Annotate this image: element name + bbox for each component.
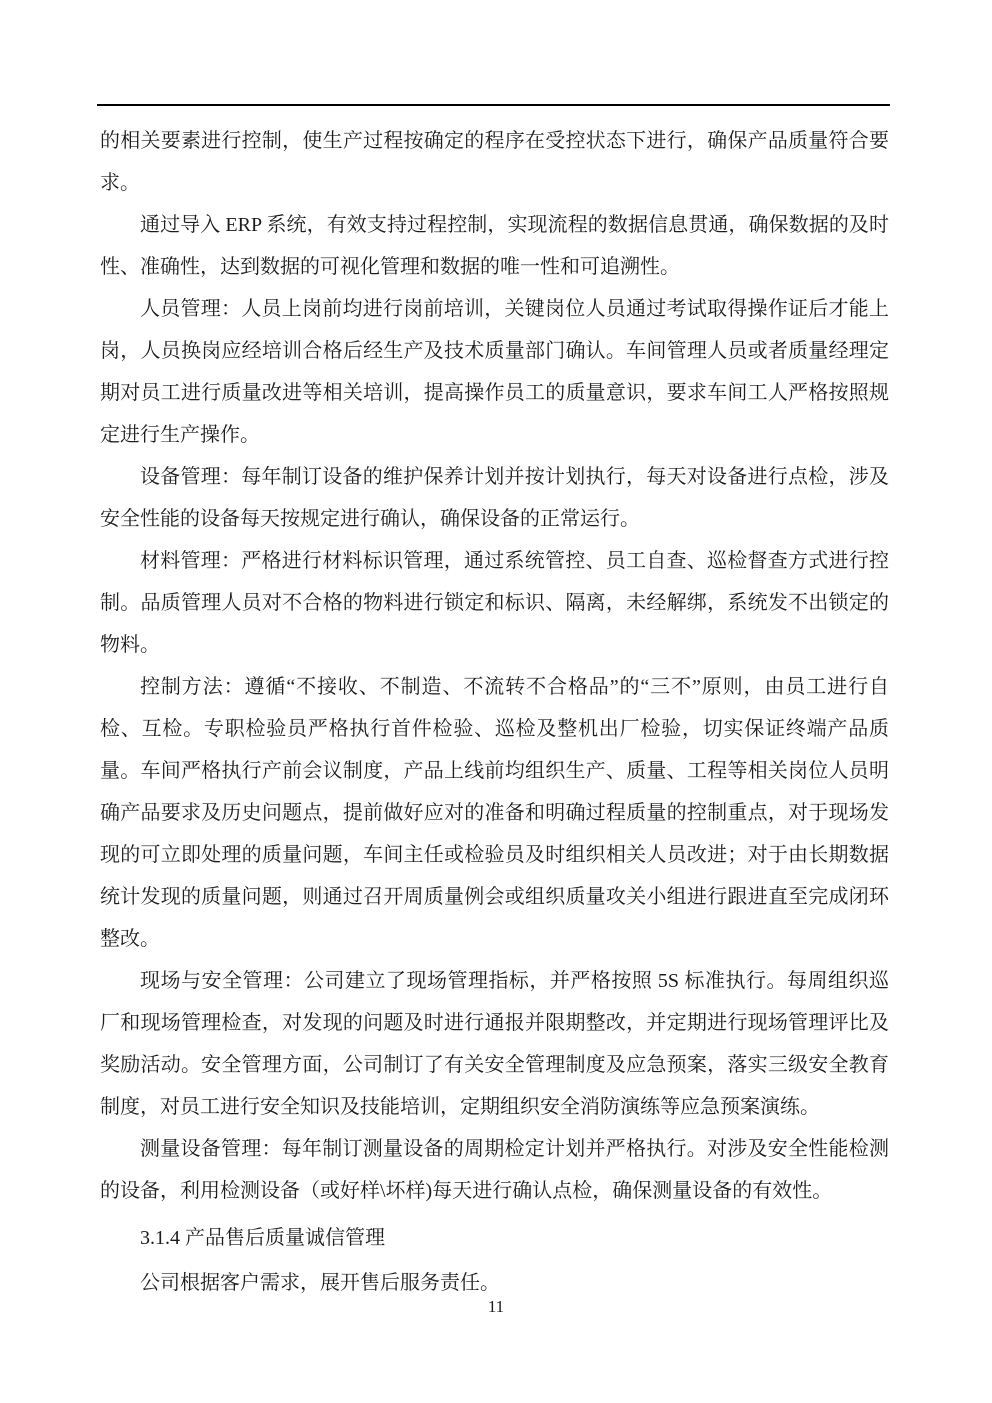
paragraph-measuring-equipment-management: 测量设备管理：每年制订测量设备的周期检定计划并严格执行。对涉及安全性能检测的设备… xyxy=(100,1128,889,1212)
header-rule xyxy=(97,104,890,106)
paragraph-material-management: 材料管理：严格进行材料标识管理，通过系统管控、员工自查、巡检督查方式进行控制。品… xyxy=(100,540,889,666)
paragraph-control-method: 控制方法：遵循“不接收、不制造、不流转不合格品”的“三不”原则，由员工进行自检、… xyxy=(100,666,889,960)
document-body: 的相关要素进行控制，使生产过程按确定的程序在受控状态下进行，确保产品质量符合要求… xyxy=(100,120,889,1304)
paragraph-personnel-management: 人员管理：人员上岗前均进行岗前培训，关键岗位人员通过考试取得操作证后才能上岗，人… xyxy=(100,288,889,456)
paragraph-equipment-management: 设备管理：每年制订设备的维护保养计划并按计划执行，每天对设备进行点检，涉及安全性… xyxy=(100,456,889,540)
paragraph-process-control-continuation: 的相关要素进行控制，使生产过程按确定的程序在受控状态下进行，确保产品质量符合要求… xyxy=(100,120,889,204)
paragraph-site-safety-management: 现场与安全管理：公司建立了现场管理指标，并严格按照 5S 标准执行。每周组织巡厂… xyxy=(100,960,889,1128)
document-page: 的相关要素进行控制，使生产过程按确定的程序在受控状态下进行，确保产品质量符合要求… xyxy=(0,0,992,1403)
section-heading-3-1-4: 3.1.4 产品售后质量诚信管理 xyxy=(100,1217,889,1259)
paragraph-erp-system: 通过导入 ERP 系统，有效支持过程控制，实现流程的数据信息贯通，确保数据的及时… xyxy=(100,204,889,288)
page-number: 11 xyxy=(0,1296,992,1318)
